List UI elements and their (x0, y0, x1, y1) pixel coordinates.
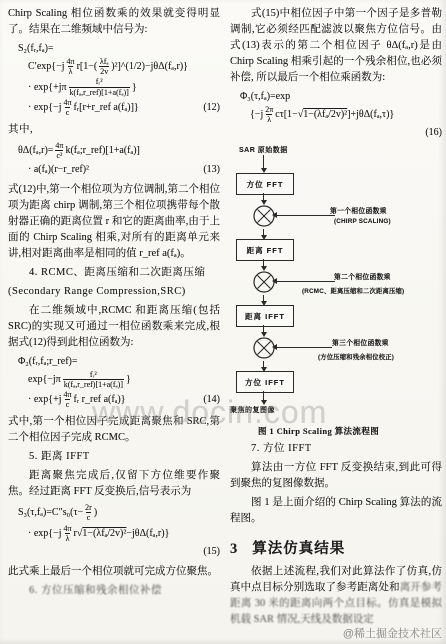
heading-5-range-ifft: 5. 距离 IFFT (8, 449, 220, 465)
paragraph-eq12-discussion: 式(12)中,第一个相位项为方位调制,第二个相位项为距离 chirp 调制,第三… (8, 182, 220, 262)
arrow-down-icon (263, 325, 264, 333)
heading-4-rcmc: 4. RCMC、距离压缩和二次距离压缩 (8, 265, 220, 281)
arrow-left-icon (277, 215, 335, 216)
equation-text: θΔ(fₐ,r)= (18, 143, 53, 158)
arrow-down-icon (263, 155, 264, 169)
flow-box-azimuth-fft: 方位 FFT (236, 173, 294, 195)
fraction: fᵣ²k(fₐ,r_ref)[1+a(fₐ)] (63, 370, 124, 389)
equation-text: r[1−( (77, 59, 98, 74)
paragraph-eq15-factors: 式(15)中相位因子中第一个因子是多普勒调制,它必须经匹配滤波以聚焦方位信号。由… (230, 6, 442, 86)
equation-16: Φ₃(τ,fₐ)=exp {−j 2πλ cτ[1−√ 1−(λfₐ/2v)² … (240, 89, 442, 140)
equation-line: θΔ(fₐ,r)= 4πc² k(fₐ;r_ref)[1+a(fₐ)] (18, 141, 220, 160)
sqrt-overline: 1−(λfₐ/2v)² (82, 526, 126, 541)
equation-text: fᵣ[r+r_ref a(fₐ)]} (74, 100, 139, 115)
arrow-down-icon (263, 259, 264, 267)
equation-text: −jθΔ(fₐ,r)} (126, 526, 169, 541)
equation-line: S₃(τ,fₐ)=C″s₀(τ− 2rc ) (18, 503, 220, 522)
paragraph-simulation: 依据上述流程,我们对此算法作了仿真,仿真中点目标分别选取了参考距离处和离开参考距… (230, 564, 442, 628)
fraction: 4πλ (67, 57, 75, 76)
among-label: 其中, (8, 122, 220, 138)
fraction: 4πλ (64, 524, 72, 543)
equation-text: Φ₃(τ,fₐ)=exp (240, 89, 290, 104)
mixer1-sublabel: (CHIRP SCALING) (334, 218, 391, 225)
equation-line: · exp{+j 4πc fᵣ r_ref a(fₐ)} (14) (28, 390, 220, 409)
equation-text: · exp{+j (28, 392, 62, 407)
flow-box-range-ifft: 距离 IFFT (236, 305, 294, 327)
equation-text: k(fₐ;r_ref)[1+a(fₐ)] (65, 143, 139, 158)
sqrt-overline: 1−(λfₐ/2v)² (303, 107, 347, 122)
equation-text: Φ₂(fᵣ,fₐ;r_ref)= (18, 354, 78, 369)
flow-box-range-fft: 距离 FFT (236, 239, 294, 261)
equation-number: (13) (197, 162, 220, 177)
equation-text: S₃(τ,fₐ)=C″s₀(τ− (18, 505, 83, 520)
equation-line: (15) (18, 544, 220, 559)
equation-line: · exp{−j 4πc fᵣ[r+r_ref a(fₐ)]} (12) (28, 98, 220, 117)
equation-text: cτ[1−√ (275, 107, 303, 122)
paragraph-figure-ref: 图 1 是上面介绍的 Chirp Scaling 算法的流程图。 (230, 495, 442, 527)
mixer2-sublabel: (RCMC、距离压缩和二次距离压缩) (302, 286, 404, 295)
equation-line: · a(fₐ)(r−r_ref)² (13) (28, 162, 220, 177)
section-number: 3 (230, 541, 238, 557)
equation-text: } (132, 80, 137, 95)
equation-12: S₂(fᵣ,fₐ)= C′exp{−j 4πλ r[1−( λfₐ2v )²]^… (18, 41, 220, 117)
equation-text: )²]^(1/2)−jθΔ(fₐ,r)} (111, 59, 188, 74)
arrow-down-icon (263, 229, 264, 236)
paragraph-rcmc: 在二维频域中,RCMC 和距离压缩(包括 SRC)的实现又可通过一相位函数乘来完… (8, 303, 220, 351)
arrow-down-icon (263, 391, 264, 401)
fraction: 4πc² (55, 141, 63, 160)
fraction: 4πc (64, 390, 72, 409)
equation-number: (12) (197, 100, 220, 115)
arrow-down-icon (263, 361, 264, 368)
arrow-left-icon (277, 281, 335, 282)
equation-text: · exp{−j (28, 100, 62, 115)
arrow-down-icon (263, 295, 264, 302)
fraction: 2πλ (265, 105, 273, 124)
section-heading-simulation: 3算法仿真结果 (230, 537, 442, 558)
heading-4-src: (Secondary Range Compression,SRC) (8, 284, 220, 300)
paragraph-range-ifft: 距离聚焦完成后,仅留下方位维要作聚焦。经过距离 FFT 反变换后,信号表示为 (8, 468, 220, 500)
equation-line: C′exp{−j 4πλ r[1−( λfₐ2v )²]^(1/2)−jθΔ(f… (28, 57, 220, 76)
fraction: 2rc (85, 503, 92, 522)
flow-box-azimuth-ifft: 方位 IFFT (236, 371, 294, 393)
paragraph-eq15-discussion: 此式乘上最后一个相位项就可完成方位聚焦。 (8, 564, 220, 580)
left-column: Chirp Scaling 相位函数乘的效果就变得明显了。结果在二维频域中信号为… (8, 6, 220, 602)
juejin-watermark: @稀土掘金技术社区 (343, 625, 442, 641)
equation-text: C′exp{−j (28, 59, 65, 74)
equation-line: · exp{−j 4πλ r√ 1−(λfₐ/2v)² −jθΔ(fₐ,r)} (28, 524, 220, 543)
equation-number: (16) (419, 125, 442, 140)
equation-line: exp{−jπ fᵣ²k(fₐ,r_ref)[1+a(fₐ)] } (28, 370, 220, 389)
arrow-down-icon (263, 193, 264, 201)
equation-15: S₃(τ,fₐ)=C″s₀(τ− 2rc ) · exp{−j 4πλ r√ 1… (18, 503, 220, 559)
mixer3-label: 第三个相位函数乘 (332, 337, 389, 347)
paragraph-azimuth-ifft: 算法由一方位 FFT 反变换结束,到此可得到聚焦的复图像数据。 (230, 460, 442, 492)
equation-line: (16) (240, 125, 442, 140)
mixer1-label: 第一个相位函数乘 (330, 205, 387, 215)
figure-caption: 图 1 Chirp Scaling 算法流程图 (258, 425, 379, 437)
equation-number: (14) (197, 392, 220, 407)
equation-line: S₂(fᵣ,fₐ)= (18, 41, 220, 56)
equation-line: {−j 2πλ cτ[1−√ 1−(λfₐ/2v)² ]+jθΔ(fₐ,τ)} (250, 105, 442, 124)
paragraph-eq14-discussion: 式中,第一个相位因子完成距离聚焦和 SRC,第二个相位因子完成 RCMC。 (8, 414, 220, 446)
equation-text: {−j (250, 107, 263, 122)
equation-text: exp{−jπ (28, 372, 61, 387)
equation-line: Φ₃(τ,fₐ)=exp (240, 89, 442, 104)
scanned-document-page: Chirp Scaling 相位函数乘的效果就变得明显了。结果在二维频域中信号为… (0, 0, 446, 644)
equation-14: Φ₂(fᵣ,fₐ;r_ref)= exp{−jπ fᵣ²k(fₐ,r_ref)[… (18, 354, 220, 410)
flowchart-chirp-scaling: SAR 原始数据 方位 FFT 第一个相位函数乘 (CHIRP SCALING)… (230, 145, 442, 441)
equation-13: θΔ(fₐ,r)= 4πc² k(fₐ;r_ref)[1+a(fₐ)] · a(… (18, 141, 220, 176)
equation-text: } (126, 372, 131, 387)
heading-6-faded: 6. 方位压缩和残余相位补偿 (8, 583, 220, 599)
equation-text: S₂(fᵣ,fₐ)= (18, 41, 54, 56)
fraction: 4πc (64, 98, 72, 117)
equation-line: · exp{+jπ fᵣ²k(fₐ,r_ref)[1+a(fₐ)] } (28, 77, 220, 96)
paragraph-intro: Chirp Scaling 相位函数乘的效果就变得明显了。结果在二维频域中信号为… (8, 6, 220, 38)
equation-text: ) (94, 505, 97, 520)
flow-start-label: SAR 原始数据 (239, 145, 288, 155)
flow-end-label: 聚焦的复图像 (230, 405, 275, 415)
heading-7-azimuth-ifft: 7. 方位 IFFT (230, 441, 442, 457)
equation-number: (15) (197, 544, 220, 559)
arrow-left-icon (277, 347, 332, 348)
equation-text: fᵣ r_ref a(fₐ)} (74, 392, 126, 407)
right-column: 式(15)中相位因子中第一个因子是多普勒调制,它必须经匹配滤波以聚焦方位信号。由… (230, 6, 442, 631)
section-title: 算法仿真结果 (252, 541, 345, 557)
fraction: λfₐ2v (99, 57, 109, 76)
equation-line: Φ₂(fᵣ,fₐ;r_ref)= (18, 354, 220, 369)
mixer2-label: 第二个相位函数乘 (334, 271, 391, 281)
equation-text: · exp{−j (28, 526, 62, 541)
equation-text: · exp{+jπ (28, 80, 67, 95)
equation-text: · a(fₐ)(r−r_ref)² (28, 162, 89, 177)
fraction: fᵣ²k(fₐ,r_ref)[1+a(fₐ)] (69, 77, 130, 96)
equation-text: ]+jθΔ(fₐ,τ)} (347, 107, 394, 122)
mixer3-sublabel: (方位压缩和残余相位校正) (318, 352, 394, 361)
